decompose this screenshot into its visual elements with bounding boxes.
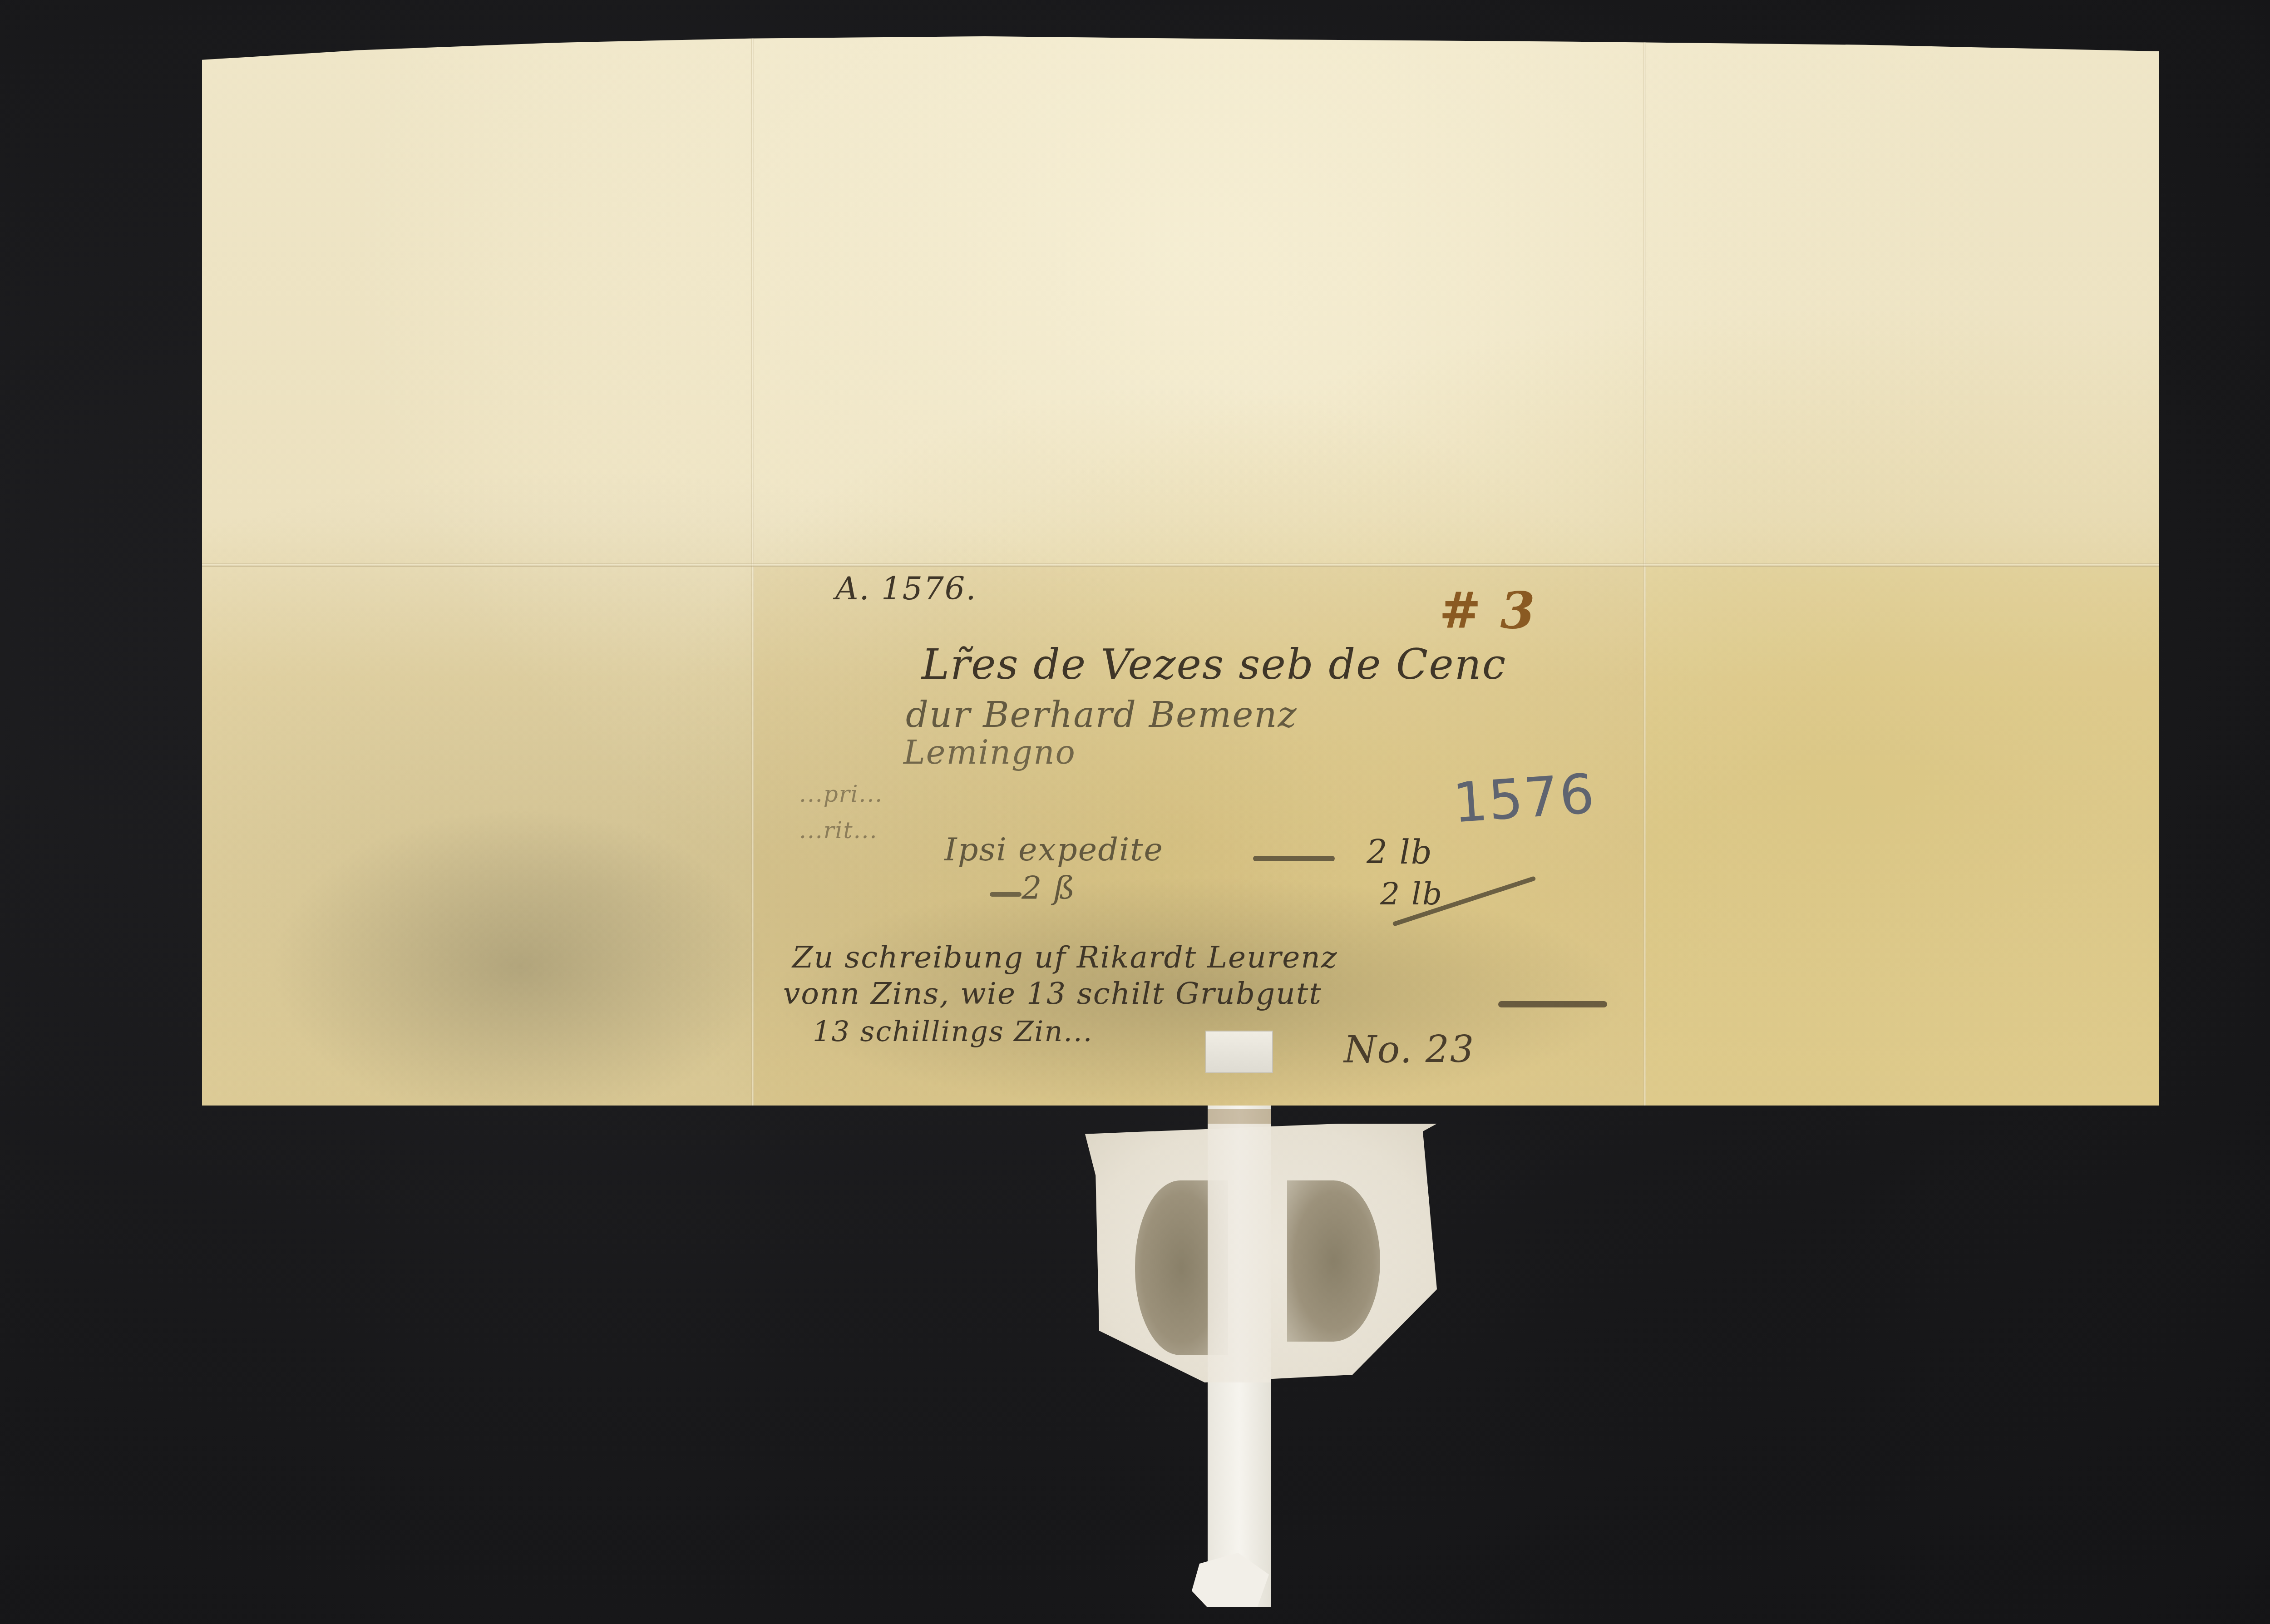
margin-faint-text-2: ...rit... bbox=[799, 817, 878, 844]
german-note-line-1: Zu schreibung uf Rikardt Leurenz bbox=[792, 940, 1338, 975]
archive-number-bottom: No. 23 bbox=[1344, 1028, 1475, 1071]
amount-dash-1 bbox=[1253, 856, 1335, 861]
grime-stain-left bbox=[270, 808, 770, 1126]
right-lower-panel bbox=[1646, 567, 2159, 1106]
endorsement-line-3: Lemingno bbox=[903, 733, 1076, 771]
pencil-year: 1576 bbox=[1451, 762, 1597, 835]
archive-number-top: # 3 bbox=[1439, 581, 1536, 640]
seal-impression-right-half bbox=[1287, 1180, 1380, 1342]
german-note-line-3: 13 schillings Zin... bbox=[813, 1015, 1093, 1048]
amount-value-2: 2 lb bbox=[1380, 876, 1443, 912]
seal-strip-over-card bbox=[1208, 1124, 1271, 1382]
amount-label-2: 2 ß bbox=[1021, 869, 1076, 907]
strikethrough-stroke bbox=[1498, 1001, 1607, 1007]
endorsement-line-1: Lr̃es de Vezes seb de Cenc bbox=[922, 640, 1506, 689]
horizontal-fold bbox=[202, 563, 2159, 567]
amount-value-1: 2 lb bbox=[1367, 833, 1433, 871]
margin-faint-text-1: ...pri... bbox=[799, 781, 883, 807]
german-note-line-2: vonn Zins, wie 13 schilt Grubgutt bbox=[783, 976, 1322, 1011]
amount-dash-2 bbox=[990, 892, 1021, 897]
strip-slot-on-parchment bbox=[1205, 1031, 1273, 1073]
amount-label-1: Ipsi expedite bbox=[944, 831, 1164, 868]
endorsement-line-2: dur Berhard Bemenz bbox=[906, 695, 1298, 735]
date-mark: A. 1576. bbox=[835, 570, 977, 607]
